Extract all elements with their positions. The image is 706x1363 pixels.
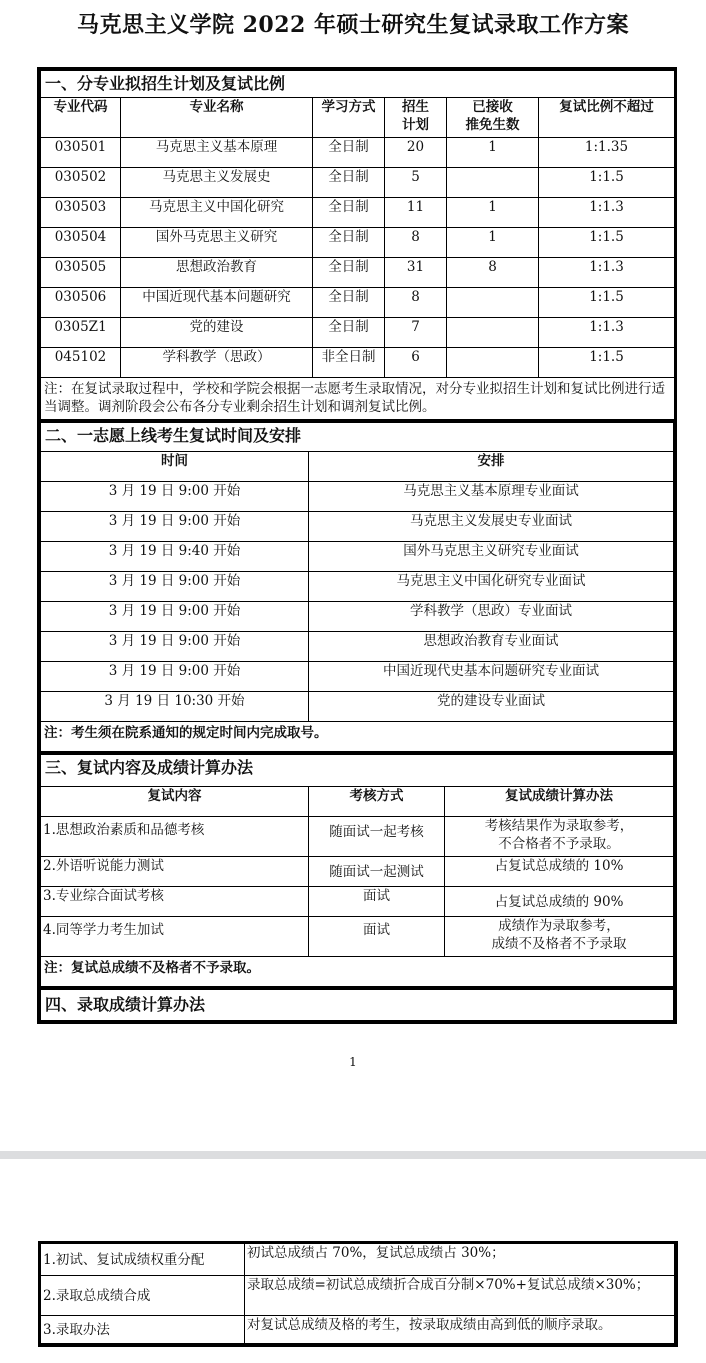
cell-arrangement: 马克思主义中国化研究专业面试 — [309, 572, 674, 602]
cell-exempt: 1 — [447, 228, 539, 258]
cell-method: 面试 — [309, 917, 445, 957]
cell-mode: 全日制 — [313, 318, 385, 348]
table-row: 3.录取办法 对复试总成绩及格的考生，按录取成绩由高到低的顺序录取。 — [41, 1316, 675, 1344]
cell-exempt — [447, 288, 539, 318]
cell-calc-line1: 成绩作为录取参考， — [498, 918, 620, 934]
cell-name: 马克思主义发展史 — [121, 168, 313, 198]
cell-mode: 全日制 — [313, 228, 385, 258]
section3-note: 注：复试总成绩不及格者不予录取。 — [41, 957, 674, 987]
cell-plan: 5 — [385, 168, 447, 198]
document-title: 马克思主义学院 2022 年硕士研究生复试录取工作方案 — [0, 8, 706, 39]
table-row: 045102 学科教学（思政） 非全日制 6 1:1.5 — [41, 348, 675, 378]
cell-calc-line2: 成绩不及格者不予录取 — [492, 936, 627, 952]
cell-plan: 7 — [385, 318, 447, 348]
cell-time: 3 月 19 日 9:00 开始 — [41, 572, 309, 602]
table-row: 1.初试、复试成绩权重分配 初试总成绩占 70%，复试总成绩占 30%； — [41, 1244, 675, 1276]
table-row: 030501 马克思主义基本原理 全日制 20 1 1:1.35 — [41, 138, 675, 168]
cell-code: 045102 — [41, 348, 121, 378]
page-separator — [0, 1151, 706, 1159]
cell-code: 030506 — [41, 288, 121, 318]
cell-exempt: 8 — [447, 258, 539, 288]
cell-plan: 8 — [385, 288, 447, 318]
cell-mode: 全日制 — [313, 288, 385, 318]
cell-exempt — [447, 168, 539, 198]
cell-mode: 全日制 — [313, 198, 385, 228]
cell-exempt — [447, 318, 539, 348]
col-header-plan-line1: 招生 — [402, 99, 429, 115]
table-row: 3 月 19 日 9:00 开始思想政治教育专业面试 — [41, 632, 674, 662]
cell-time: 3 月 19 日 9:00 开始 — [41, 602, 309, 632]
cell-arrangement: 学科教学（思政）专业面试 — [309, 602, 674, 632]
table-row: 3 月 19 日 9:00 开始马克思主义基本原理专业面试 — [41, 482, 674, 512]
cell-ratio: 1:1.5 — [539, 168, 675, 198]
cell-calc-line2: 不合格者不予录取。 — [498, 836, 620, 852]
table-row: 030506 中国近现代基本问题研究 全日制 8 1:1.5 — [41, 288, 675, 318]
col-header-arrangement: 安排 — [309, 452, 674, 482]
table-row: 2.录取总成绩合成 录取总成绩=初试总成绩折合成百分制×70%+复试总成绩×30… — [41, 1276, 675, 1316]
main-table-frame: 一、分专业拟招生计划及复试比例 专业代码 专业名称 学习方式 招生计划 已接收推… — [37, 67, 677, 1024]
cell-ratio: 1:1.35 — [539, 138, 675, 168]
cell-calc-line1: 考核结果作为录取参考， — [485, 818, 634, 834]
cell-arrangement: 中国近现代史基本问题研究专业面试 — [309, 662, 674, 692]
cell-arrangement: 国外马克思主义研究专业面试 — [309, 542, 674, 572]
table-row: 3.专业综合面试考核 面试 占复试总成绩的 90% — [41, 887, 674, 917]
cell-exempt — [447, 348, 539, 378]
cell-exempt: 1 — [447, 198, 539, 228]
cell-content: 3.专业综合面试考核 — [41, 887, 309, 917]
cell-detail: 录取总成绩=初试总成绩折合成百分制×70%+复试总成绩×30%； — [245, 1276, 675, 1316]
cell-plan: 6 — [385, 348, 447, 378]
cell-time: 3 月 19 日 9:00 开始 — [41, 482, 309, 512]
cell-name: 中国近现代基本问题研究 — [121, 288, 313, 318]
cell-plan: 31 — [385, 258, 447, 288]
col-header-plan-line2: 计划 — [402, 117, 429, 133]
cell-item: 3.录取办法 — [41, 1316, 245, 1344]
cell-time: 3 月 19 日 9:00 开始 — [41, 512, 309, 542]
cell-time: 3 月 19 日 9:00 开始 — [41, 632, 309, 662]
cell-name: 思想政治教育 — [121, 258, 313, 288]
col-header-content: 复试内容 — [41, 787, 309, 817]
table-row: 1.思想政治素质和品德考核 随面试一起考核 考核结果作为录取参考，不合格者不予录… — [41, 817, 674, 857]
table-row: 030504 国外马克思主义研究 全日制 8 1 1:1.5 — [41, 228, 675, 258]
cell-detail: 初试总成绩占 70%，复试总成绩占 30%； — [245, 1244, 675, 1276]
table-row: 030502 马克思主义发展史 全日制 5 1:1.5 — [41, 168, 675, 198]
cell-content: 4.同等学力考生加试 — [41, 917, 309, 957]
table-row: 0305Z1 党的建设 全日制 7 1:1.3 — [41, 318, 675, 348]
col-header-code: 专业代码 — [41, 98, 121, 138]
col-header-method: 考核方式 — [309, 787, 445, 817]
cell-code: 030502 — [41, 168, 121, 198]
cell-time: 3 月 19 日 9:00 开始 — [41, 662, 309, 692]
col-header-mode: 学习方式 — [313, 98, 385, 138]
section4-table-frame: 1.初试、复试成绩权重分配 初试总成绩占 70%，复试总成绩占 30%； 2.录… — [38, 1241, 678, 1347]
col-header-exempt-line1: 已接收 — [472, 99, 513, 115]
cell-calc: 考核结果作为录取参考，不合格者不予录取。 — [445, 817, 674, 857]
cell-detail: 对复试总成绩及格的考生，按录取成绩由高到低的顺序录取。 — [245, 1316, 675, 1344]
cell-name: 马克思主义中国化研究 — [121, 198, 313, 228]
cell-mode: 非全日制 — [313, 348, 385, 378]
table-row: 2.外语听说能力测试 随面试一起测试 占复试总成绩的 10% — [41, 857, 674, 887]
cell-content: 1.思想政治素质和品德考核 — [41, 817, 309, 857]
section2-heading: 二、一志愿上线考生复试时间及安排 — [41, 422, 674, 452]
table-row: 3 月 19 日 9:40 开始国外马克思主义研究专业面试 — [41, 542, 674, 572]
section2-note: 注：考生须在院系通知的规定时间内完成取号。 — [41, 722, 674, 752]
table-row: 3 月 19 日 9:00 开始马克思主义中国化研究专业面试 — [41, 572, 674, 602]
col-header-name: 专业名称 — [121, 98, 313, 138]
cell-plan: 8 — [385, 228, 447, 258]
cell-method: 随面试一起测试 — [309, 857, 445, 887]
col-header-calc: 复试成绩计算办法 — [445, 787, 674, 817]
table-row: 3 月 19 日 10:30 开始党的建设专业面试 — [41, 692, 674, 722]
table-row: 030503 马克思主义中国化研究 全日制 11 1 1:1.3 — [41, 198, 675, 228]
cell-code: 030503 — [41, 198, 121, 228]
cell-ratio: 1:1.5 — [539, 348, 675, 378]
page-number: 1 — [0, 1055, 706, 1069]
col-header-time: 时间 — [41, 452, 309, 482]
cell-arrangement: 马克思主义发展史专业面试 — [309, 512, 674, 542]
cell-mode: 全日制 — [313, 168, 385, 198]
cell-method: 随面试一起考核 — [309, 817, 445, 857]
cell-ratio: 1:1.5 — [539, 228, 675, 258]
cell-calc: 成绩作为录取参考，成绩不及格者不予录取 — [445, 917, 674, 957]
cell-calc: 占复试总成绩的 10% — [445, 857, 674, 887]
cell-code: 030505 — [41, 258, 121, 288]
section4-heading: 四、录取成绩计算办法 — [41, 989, 674, 1021]
cell-ratio: 1:1.3 — [539, 258, 675, 288]
cell-content: 2.外语听说能力测试 — [41, 857, 309, 887]
table-row: 030505 思想政治教育 全日制 31 8 1:1.3 — [41, 258, 675, 288]
cell-ratio: 1:1.5 — [539, 288, 675, 318]
cell-time: 3 月 19 日 10:30 开始 — [41, 692, 309, 722]
col-header-plan: 招生计划 — [385, 98, 447, 138]
section3-table: 三、复试内容及成绩计算办法 复试内容 考核方式 复试成绩计算办法 1.思想政治素… — [40, 752, 674, 987]
col-header-exempt-line2: 推免生数 — [466, 117, 520, 133]
table-row: 3 月 19 日 9:00 开始学科教学（思政）专业面试 — [41, 602, 674, 632]
cell-mode: 全日制 — [313, 258, 385, 288]
section1-table: 一、分专业拟招生计划及复试比例 专业代码 专业名称 学习方式 招生计划 已接收推… — [40, 70, 675, 420]
table-row: 4.同等学力考生加试 面试 成绩作为录取参考，成绩不及格者不予录取 — [41, 917, 674, 957]
cell-name: 党的建设 — [121, 318, 313, 348]
section4-table: 1.初试、复试成绩权重分配 初试总成绩占 70%，复试总成绩占 30%； 2.录… — [40, 1243, 675, 1344]
cell-name: 国外马克思主义研究 — [121, 228, 313, 258]
table-row: 3 月 19 日 9:00 开始马克思主义发展史专业面试 — [41, 512, 674, 542]
col-header-ratio: 复试比例不超过 — [539, 98, 675, 138]
cell-time: 3 月 19 日 9:40 开始 — [41, 542, 309, 572]
section1-heading: 一、分专业拟招生计划及复试比例 — [41, 71, 675, 98]
cell-code: 030501 — [41, 138, 121, 168]
cell-arrangement: 思想政治教育专业面试 — [309, 632, 674, 662]
section2-table: 二、一志愿上线考生复试时间及安排 时间 安排 3 月 19 日 9:00 开始马… — [40, 420, 674, 752]
cell-mode: 全日制 — [313, 138, 385, 168]
cell-arrangement: 马克思主义基本原理专业面试 — [309, 482, 674, 512]
cell-ratio: 1:1.3 — [539, 318, 675, 348]
cell-item: 2.录取总成绩合成 — [41, 1276, 245, 1316]
section3-heading: 三、复试内容及成绩计算办法 — [41, 754, 674, 787]
cell-name: 学科教学（思政） — [121, 348, 313, 378]
cell-code: 030504 — [41, 228, 121, 258]
section4-header-table: 四、录取成绩计算办法 — [40, 987, 674, 1021]
cell-item: 1.初试、复试成绩权重分配 — [41, 1244, 245, 1276]
cell-exempt: 1 — [447, 138, 539, 168]
cell-arrangement: 党的建设专业面试 — [309, 692, 674, 722]
cell-plan: 11 — [385, 198, 447, 228]
section1-note: 注：在复试录取过程中，学校和学院会根据一志愿考生录取情况，对分专业拟招生计划和复… — [41, 378, 675, 420]
col-header-exempt: 已接收推免生数 — [447, 98, 539, 138]
cell-plan: 20 — [385, 138, 447, 168]
table-row: 3 月 19 日 9:00 开始中国近现代史基本问题研究专业面试 — [41, 662, 674, 692]
cell-calc: 占复试总成绩的 90% — [445, 887, 674, 917]
cell-name: 马克思主义基本原理 — [121, 138, 313, 168]
cell-method: 面试 — [309, 887, 445, 917]
cell-code: 0305Z1 — [41, 318, 121, 348]
cell-ratio: 1:1.3 — [539, 198, 675, 228]
